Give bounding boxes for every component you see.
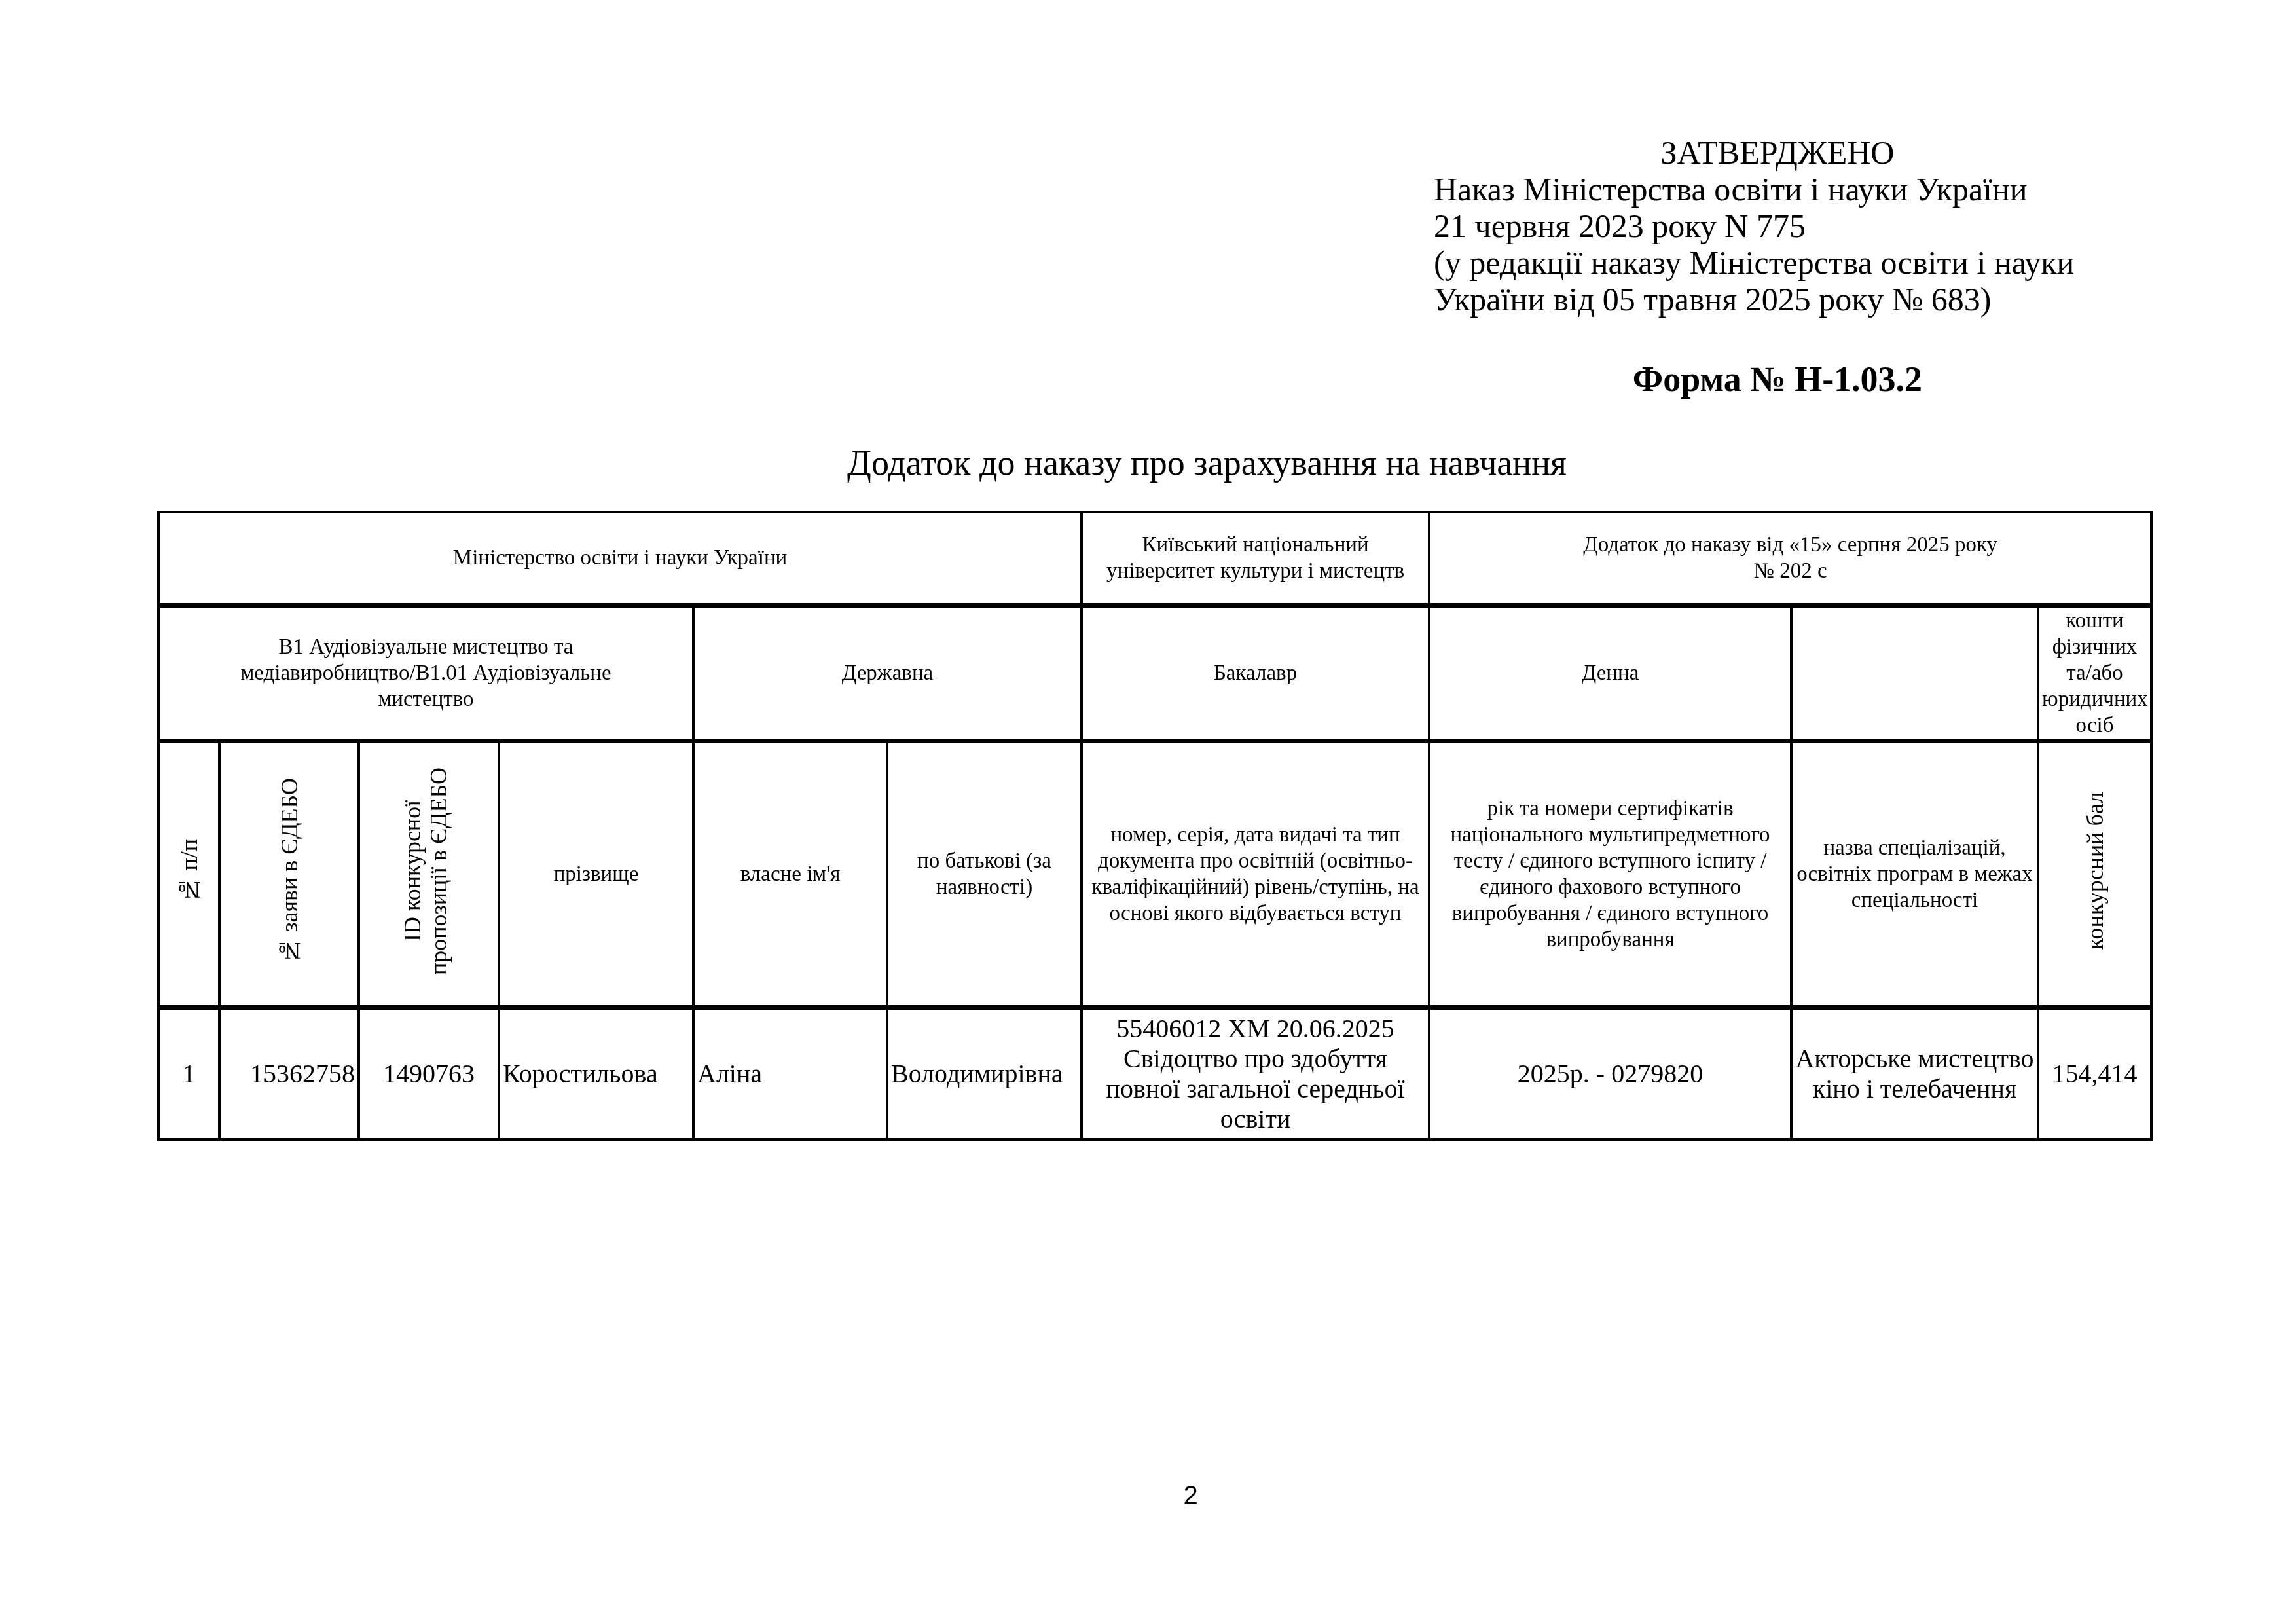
cell-num: 1 (158, 1007, 219, 1139)
specialty-cell: В1 Аудіовізуальне мистецтво та медіавиро… (158, 605, 693, 741)
cell-offer-id: 1490763 (359, 1007, 499, 1139)
cell-patronymic: Володимирівна (887, 1007, 1082, 1139)
cell-first-name: Аліна (693, 1007, 887, 1139)
ownership-cell: Державна (693, 605, 1082, 741)
header-patronymic: по батькові (за наявності) (887, 741, 1082, 1007)
approval-stamp: ЗАТВЕРДЖЕНО Наказ Міністерства освіти і … (1434, 134, 2187, 318)
header-document: номер, серія, дата видачі та тип докумен… (1082, 741, 1429, 1007)
header-specialization: назва спеціалізацій, освітніх програм в … (1791, 741, 2038, 1007)
cell-application-no: 15362758 (219, 1007, 359, 1139)
degree-cell: Бакалавр (1082, 605, 1429, 741)
cell-surname: Коростильова (499, 1007, 693, 1139)
cell-specialization: Акторське мистецтво кіно і телебачення (1791, 1007, 2038, 1139)
header-surname: прізвище (499, 741, 693, 1007)
table-row: 1 15362758 1490763 Коростильова Аліна Во… (158, 1007, 2151, 1139)
approval-line: (у редакції наказу Міністерства освіти і… (1434, 244, 2187, 281)
cell-score: 154,414 (2038, 1007, 2151, 1139)
header-score: конкурсний бал (2038, 741, 2151, 1007)
cell-certificates: 2025р. - 0279820 (1429, 1007, 1791, 1139)
header-offer-id: ID конкурсної пропозиції в ЄДЕБО (359, 741, 499, 1007)
approval-line: України від 05 травня 2025 року № 683) (1434, 281, 2187, 318)
header-certificates: рік та номери сертифікатів національного… (1429, 741, 1791, 1007)
order-reference-date: Додаток до наказу від «15» серпня 2025 р… (1433, 532, 2147, 558)
document-title: Додаток до наказу про зарахування на нав… (0, 443, 2296, 483)
order-reference-number: № 202 с (1433, 558, 2147, 584)
approved-heading: ЗАТВЕРДЖЕНО (1434, 134, 2121, 171)
header-first-name: власне ім'я (693, 741, 887, 1007)
cell-document: 55406012 ХМ 20.06.2025 Свідоцтво про здо… (1082, 1007, 1429, 1139)
empty-cell (1791, 605, 2038, 741)
table-top-row: Міністерство освіти і науки України Київ… (158, 512, 2151, 605)
institution-cell: Київський національний університет культ… (1082, 512, 1429, 605)
page-number: 2 (0, 1481, 2296, 1511)
form-number: Форма № Н-1.03.2 (1434, 359, 2121, 399)
approval-line: 21 червня 2023 року N 775 (1434, 208, 2187, 244)
table-program-row: В1 Аудіовізуальне мистецтво та медіавиро… (158, 605, 2151, 741)
enrollment-table: Міністерство освіти і науки України Київ… (157, 511, 2153, 1141)
order-reference-cell: Додаток до наказу від «15» серпня 2025 р… (1429, 512, 2151, 605)
funding-cell: кошти фізичних та/або юридичних осіб (2038, 605, 2151, 741)
header-application-no: № заяви в ЄДЕБО (219, 741, 359, 1007)
study-form-cell: Денна (1429, 605, 1791, 741)
table-header-row: № п/п № заяви в ЄДЕБО ID конкурсної проп… (158, 741, 2151, 1007)
header-num: № п/п (158, 741, 219, 1007)
ministry-cell: Міністерство освіти і науки України (158, 512, 1082, 605)
approval-line: Наказ Міністерства освіти і науки Україн… (1434, 171, 2187, 208)
